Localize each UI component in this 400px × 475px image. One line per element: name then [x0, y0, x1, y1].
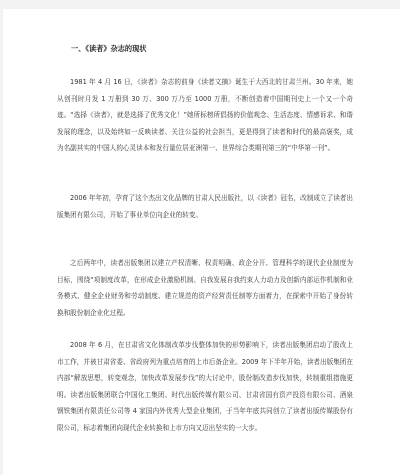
section-heading: 一、《读者》杂志的现状: [71, 44, 146, 54]
paragraph-2: 2006 年年初，孕育了这个杰出文化品牌的甘肃人民出版社，以《读者》冠名，改制成…: [57, 190, 353, 223]
document-page: 一、《读者》杂志的现状 1981 年 4 月 16 日，《读者》杂志的前身《读者…: [3, 9, 400, 475]
paragraph-1: 1981 年 4 月 16 日，《读者》杂志的前身《读者文摘》诞生于大西北的甘肃…: [57, 74, 353, 157]
paragraph-4: 2008 年 6 月，在甘肃省文化体制改革步伐整体加快的形势影响下，读者出版集团…: [57, 337, 353, 436]
paragraph-3: 之后两年中，读者出版集团以建立产权清晰、权责明确、政企分开、管理科学的现代企业制…: [57, 255, 353, 321]
